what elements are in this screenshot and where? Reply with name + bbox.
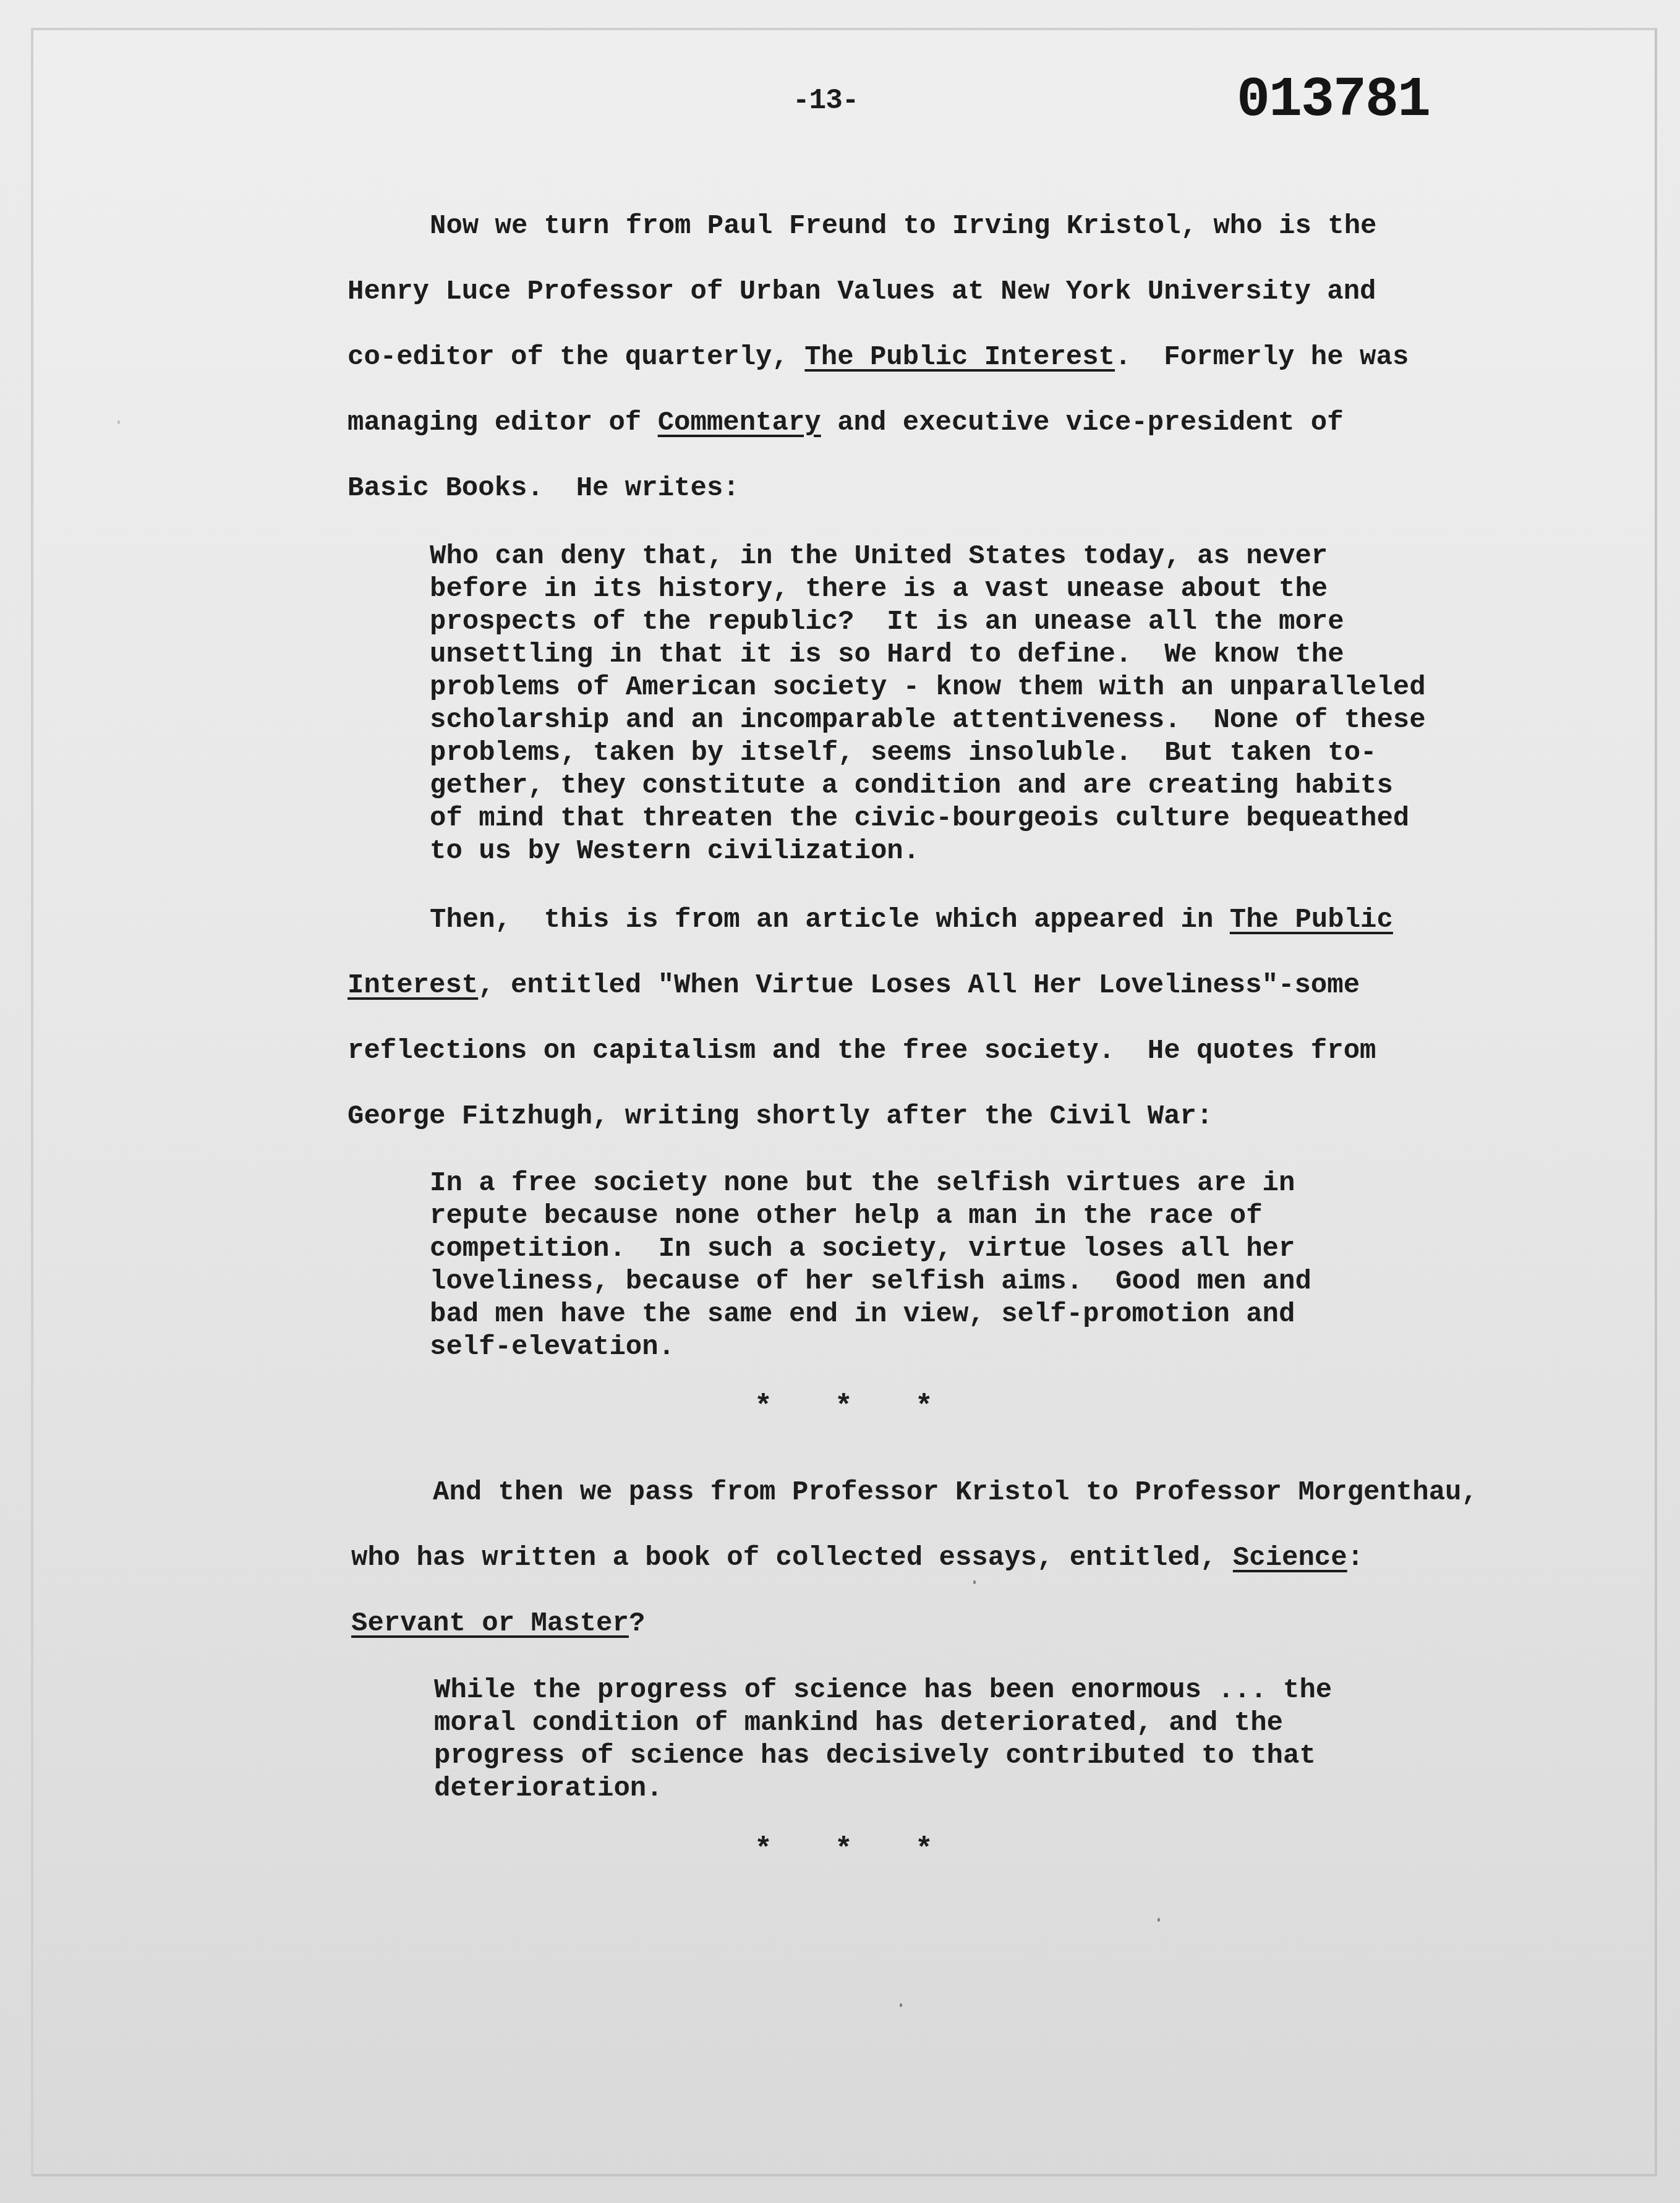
text-line: And then we pass from Professor Kristol …	[433, 1479, 1478, 1506]
text-span: and executive vice-president of	[821, 407, 1344, 438]
asterisk-icon: *	[915, 1392, 933, 1422]
asterisk-icon: *	[915, 1835, 933, 1865]
quote-line: problems of American society - know them…	[430, 674, 1426, 701]
asterisk-icon: *	[835, 1835, 853, 1865]
quote-line: bad men have the same end in view, self-…	[430, 1301, 1295, 1328]
section-separator: * * *	[0, 1392, 1680, 1423]
title-the-public: The Public	[1230, 905, 1393, 935]
title-the-public-interest: The Public Interest	[804, 342, 1115, 373]
document-id: 013781	[1237, 73, 1430, 129]
quote-line: unsettling in that it is so Hard to defi…	[430, 641, 1344, 668]
quote-line: While the progress of science has been e…	[434, 1677, 1332, 1704]
text-line: Interest, entitled "When Virtue Loses Al…	[348, 972, 1360, 999]
asterisk-icon: *	[754, 1835, 772, 1865]
text-span: managing editor of	[348, 407, 658, 438]
quote-line: problems, taken by itself, seems insolub…	[430, 739, 1376, 767]
title-servant-or-master: Servant or Master	[351, 1608, 629, 1639]
text-line: Servant or Master?	[351, 1610, 645, 1637]
asterisk-icon: *	[754, 1392, 772, 1422]
section-separator: * * *	[0, 1835, 1680, 1866]
quote-line: progress of science has decisively contr…	[434, 1742, 1316, 1770]
quote-line: of mind that threaten the civic-bourgeoi…	[430, 805, 1409, 832]
title-commentary: Commentary	[658, 407, 821, 438]
quote-line: In a free society none but the selfish v…	[430, 1170, 1295, 1197]
text-line: co-editor of the quarterly, The Public I…	[348, 344, 1409, 371]
text-line: who has written a book of collected essa…	[351, 1545, 1363, 1572]
text-line: Basic Books. He writes:	[348, 475, 740, 502]
quote-line: competition. In such a society, virtue l…	[430, 1235, 1295, 1263]
quote-line: gether, they constitute a condition and …	[430, 772, 1393, 799]
quote-line: repute because none other help a man in …	[430, 1203, 1263, 1230]
text-line: reflections on capitalism and the free s…	[348, 1038, 1376, 1065]
scan-speck	[900, 2003, 902, 2007]
scan-speck	[973, 1580, 976, 1584]
quote-line: moral condition of mankind has deteriora…	[434, 1710, 1283, 1737]
quote-line: deterioration.	[434, 1775, 663, 1802]
text-line: managing editor of Commentary and execut…	[348, 409, 1344, 437]
scan-speck	[1158, 1918, 1160, 1922]
text-line: Then, this is from an article which appe…	[430, 906, 1393, 934]
text-span: Then, this is from an article which appe…	[430, 905, 1230, 935]
text-span: . Formerly he was	[1115, 342, 1409, 373]
quote-line: to us by Western civilization.	[430, 838, 919, 865]
page-number: -13-	[793, 87, 858, 115]
quote-line: before in its history, there is a vast u…	[430, 576, 1328, 603]
asterisk-icon: *	[835, 1392, 853, 1422]
text-span: :	[1347, 1543, 1363, 1574]
text-line: Now we turn from Paul Freund to Irving K…	[430, 213, 1376, 240]
text-line: Henry Luce Professor of Urban Values at …	[348, 278, 1376, 305]
text-span: who has written a book of collected essa…	[351, 1543, 1233, 1574]
text-span: co-editor of the quarterly,	[348, 342, 804, 373]
quote-line: loveliness, because of her selfish aims.…	[430, 1268, 1311, 1295]
text-line: George Fitzhugh, writing shortly after t…	[348, 1103, 1213, 1130]
scan-speck	[117, 420, 120, 424]
title-interest: Interest	[348, 970, 478, 1001]
quote-line: scholarship and an incomparable attentiv…	[430, 707, 1426, 734]
quote-line: self-elevation.	[430, 1334, 675, 1361]
title-science: Science	[1233, 1543, 1347, 1574]
text-span: , entitled "When Virtue Loses All Her Lo…	[478, 970, 1360, 1001]
text-span: ?	[629, 1608, 645, 1639]
quote-line: prospects of the republic? It is an unea…	[430, 608, 1344, 636]
quote-line: Who can deny that, in the United States …	[430, 543, 1328, 570]
